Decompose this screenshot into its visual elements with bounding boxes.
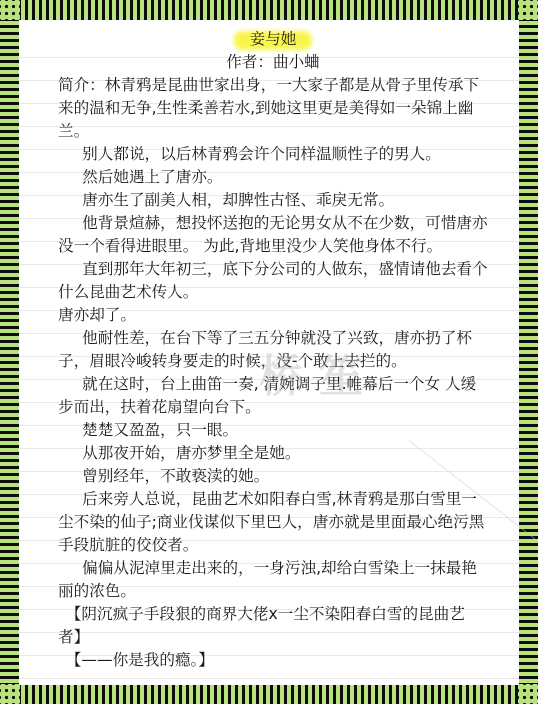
title-row: 妾与她 (58, 28, 488, 51)
tagline: 【阴沉疯子手段狠的商界大佬x一尘不染阳春白雪的昆曲艺者】 (58, 603, 488, 649)
highlighted-title: 妾与她 (234, 28, 313, 51)
border-corner-dots (518, 684, 538, 704)
border-corner-dots (0, 684, 20, 704)
paragraph: 他耐性差，在台下等了三五分钟就没了兴致，唐亦扔了杯子，眉眼冷峻转身要走的时候，没… (58, 327, 488, 373)
paragraph: 唐亦却了。 (58, 304, 488, 327)
document-title: 妾与她 (250, 30, 297, 48)
decorative-border-bottom (0, 685, 538, 704)
decorative-border-top (0, 0, 538, 20)
paragraph: 然后她遇上了唐亦。 (58, 166, 488, 189)
paragraph: 他背景煊赫，想投怀送抱的无论男女从不在少数，可惜唐亦没一个看得进眼里。 为此,背… (58, 212, 488, 258)
lined-paper: 妾与她 作者：曲小蛐 简介：林青鸦是昆曲世家出身，一大家子都是从骨子里传承下来的… (19, 20, 519, 685)
decorative-border-left (0, 0, 19, 704)
paragraph: 后来旁人总说，昆曲艺术如阳春白雪,林青鸦是那白雪里一尘不染的仙子;商业伐谋似下里… (58, 488, 488, 557)
paragraph-list: 简介：林青鸦是昆曲世家出身，一大家子都是从骨子里传承下来的温和无争,生性柔善若水… (58, 74, 488, 672)
paragraph: 简介：林青鸦是昆曲世家出身，一大家子都是从骨子里传承下来的温和无争,生性柔善若水… (58, 74, 488, 143)
document-body: 妾与她 作者：曲小蛐 简介：林青鸦是昆曲世家出身，一大家子都是从骨子里传承下来的… (58, 28, 488, 672)
tagline: 【——你是我的瘾。】 (58, 649, 488, 672)
decorative-border-right (518, 0, 538, 704)
paragraph: 直到那年大年初三，底下分公司的人做东，盛情请他去看个什么昆曲艺术传人。 (58, 258, 488, 304)
paragraph: 从那夜开始，唐亦梦里全是她。 (58, 442, 488, 465)
paragraph: 楚楚又盈盈，只一眼。 (58, 419, 488, 442)
author-line: 作者：曲小蛐 (58, 51, 488, 74)
border-corner-dots (0, 0, 20, 20)
paragraph: 偏偏从泥淖里走出来的，一身污浊,却给白雪染上一抹最艳丽的浓色。 (58, 557, 488, 603)
paragraph: 就在这时，台上曲笛一奏, 清婉调子里.帷幕后一个女 人缓步而出，扶着花扇望向台下… (58, 373, 488, 419)
paragraph: 别人都说，以后林青鸦会许个同样温顺性子的男人。 (58, 143, 488, 166)
paragraph: 唐亦生了副美人相，却脾性古怪、乖戾无常。 (58, 189, 488, 212)
paragraph: 曾别经年，不敢亵渎的她。 (58, 465, 488, 488)
border-corner-dots (518, 0, 538, 20)
